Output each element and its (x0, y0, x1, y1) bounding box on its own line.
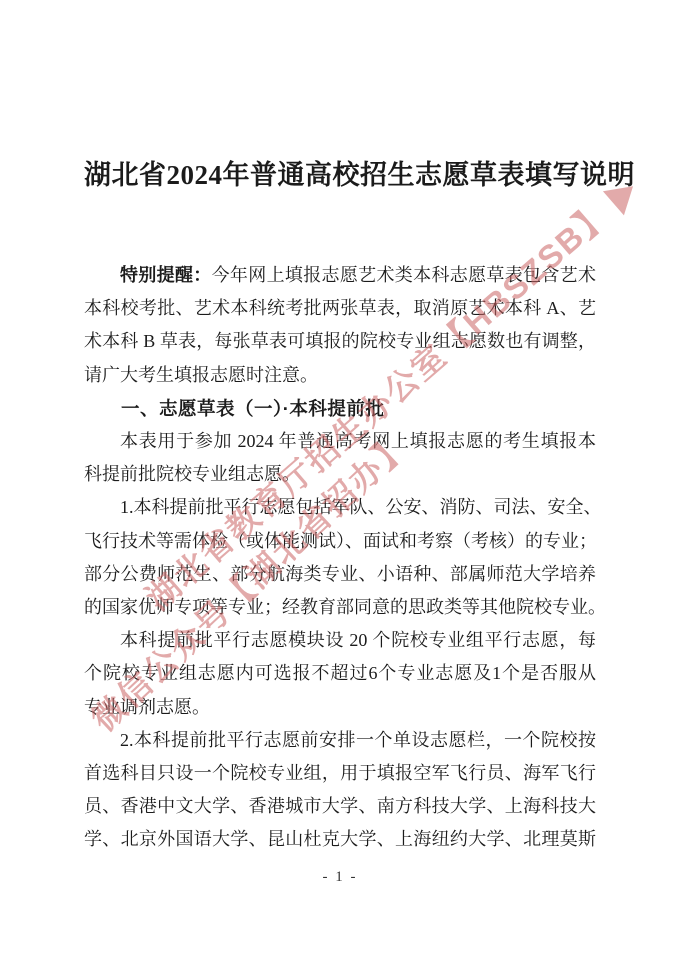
notice-line: 术本科 B 草表，每张草表可填报的院校专业组志愿数也有调整， (84, 325, 596, 358)
notice-line: 特别提醒：今年网上填报志愿艺术类本科志愿草表包含艺术 (84, 259, 596, 292)
paragraph-line: 飞行技术等需体检（或体能测试）、面试和考察（考核）的专业； (84, 525, 596, 558)
paragraph-item-1: 1.本科提前批平行志愿包括军队、公安、消防、司法、安全、 飞行技术等需体检（或体… (84, 491, 596, 624)
paragraph-line: 本科提前批平行志愿模块设 20 个院校专业组平行志愿，每 (84, 624, 596, 657)
paragraph-line: 员、香港中文大学、香港城市大学、南方科技大学、上海科技大 (84, 790, 596, 823)
paragraph-line: 部分公费师范生、部分航海类专业、小语种、部属师范大学培养 (84, 558, 596, 591)
paragraph-line: 个院校专业组志愿内可选报不超过6个专业志愿及1个是否服从 (84, 657, 596, 690)
document-title: 湖北省2024年普通高校招生志愿草表填写说明 (84, 155, 596, 196)
paragraph-line: 学、北京外国语大学、昆山杜克大学、上海纽约大学、北理莫斯 (84, 823, 596, 856)
notice-line-text: 今年网上填报志愿艺术类本科志愿草表包含艺术 (212, 265, 596, 285)
notice-line: 本科校考批、艺术本科统考批两张草表，取消原艺术本科 A、艺 (84, 292, 596, 325)
section-heading: 一、志愿草表（一）·本科提前批 (84, 392, 596, 425)
notice-paragraph: 特别提醒：今年网上填报志愿艺术类本科志愿草表包含艺术 本科校考批、艺术本科统考批… (84, 259, 596, 392)
notice-line: 请广大考生填报志愿时注意。 (84, 359, 596, 392)
paragraph-line: 1.本科提前批平行志愿包括军队、公安、消防、司法、安全、 (84, 491, 596, 524)
notice-lead: 特别提醒： (120, 265, 212, 285)
paragraph-quota: 本科提前批平行志愿模块设 20 个院校专业组平行志愿，每 个院校专业组志愿内可选… (84, 624, 596, 724)
document-content: 湖北省2024年普通高校招生志愿草表填写说明 特别提醒：今年网上填报志愿艺术类本… (84, 0, 596, 857)
paragraph-line: 本表用于参加 2024 年普通高考网上填报志愿的考生填报本 (84, 425, 596, 458)
paragraph-line: 的国家优师专项等专业；经教育部同意的思政类等其他院校专业。 (84, 591, 596, 624)
paragraph-line: 首选科目只设一个院校专业组，用于填报空军飞行员、海军飞行 (84, 757, 596, 790)
page-number: - 1 - (0, 869, 680, 886)
paragraph-intro: 本表用于参加 2024 年普通高考网上填报志愿的考生填报本 科提前批院校专业组志… (84, 425, 596, 491)
document-page: 湖北省2024年普通高校招生志愿草表填写说明 特别提醒：今年网上填报志愿艺术类本… (0, 0, 680, 962)
paragraph-line: 专业调剂志愿。 (84, 691, 596, 724)
paragraph-line: 2.本科提前批平行志愿前安排一个单设志愿栏，一个院校按 (84, 724, 596, 757)
paragraph-item-2: 2.本科提前批平行志愿前安排一个单设志愿栏，一个院校按 首选科目只设一个院校专业… (84, 724, 596, 857)
paragraph-line: 科提前批院校专业组志愿。 (84, 458, 596, 491)
